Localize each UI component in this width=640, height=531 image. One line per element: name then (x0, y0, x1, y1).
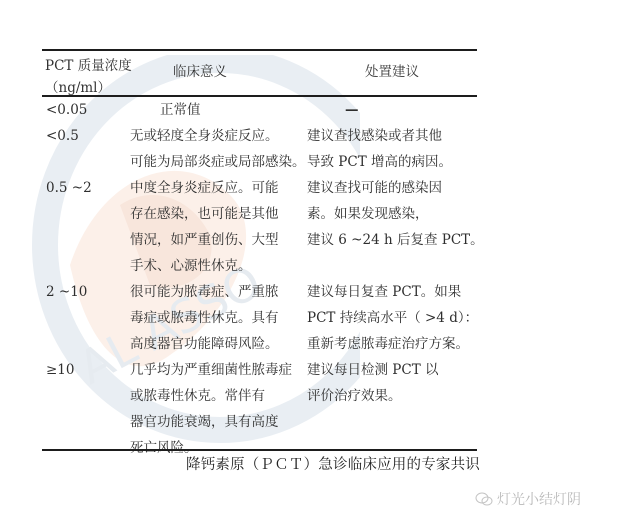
table-top-rule (42, 49, 477, 51)
advice-line: 素。如果发现感染， (307, 201, 477, 227)
advice-cell: 建议查找可能的感染因 素。如果发现感染， 建议 6 ~24 h 后复查 PCT。 (307, 175, 477, 279)
header-advice: 处置建议 (307, 59, 477, 85)
advice-line: 建议每日复查 PCT。如果 (307, 279, 477, 305)
range-cell: <0.5 (42, 123, 130, 175)
table-body: <0.05 正常值 — <0.5 无或轻度全身炎症反应。 可能为局部炎症或局部感… (42, 97, 477, 461)
range-cell: ≥10 (42, 357, 130, 461)
advice-line: — (307, 97, 477, 123)
meaning-line: 很可能为脓毒症、严重脓 (130, 279, 307, 305)
advice-line: 建议查找可能的感染因 (307, 175, 477, 201)
meaning-cell: 中度全身炎症反应。可能 存在感染，也可能是其他 情况，如严重创伤、大型 手术、心… (130, 175, 307, 279)
advice-cell: — (307, 97, 477, 123)
account-watermark: 灯光小结灯阴 (475, 489, 581, 509)
meaning-cell: 正常值 (130, 97, 307, 123)
meaning-line: 中度全身炎症反应。可能 (130, 175, 307, 201)
table-row: 0.5 ~2 中度全身炎症反应。可能 存在感染，也可能是其他 情况，如严重创伤、… (42, 175, 477, 279)
advice-line: PCT 持续高水平（ >4 d）： (307, 305, 477, 331)
meaning-cell: 无或轻度全身炎症反应。 可能为局部炎症或局部感染。 (130, 123, 307, 175)
table-row: 2 ~10 很可能为脓毒症、严重脓 毒症或脓毒性休克。具有 高度器官功能障碍风险… (42, 279, 477, 357)
advice-line: 评价治疗效果。 (307, 383, 477, 409)
meaning-line: 情况，如严重创伤、大型 (130, 227, 307, 253)
watermark-text: 灯光小结灯阴 (497, 489, 581, 509)
meaning-line: 存在感染，也可能是其他 (130, 201, 307, 227)
range-cell: 2 ~10 (42, 279, 130, 357)
meaning-line: 手术、心源性休克。 (130, 253, 307, 279)
table-row: <0.05 正常值 — (42, 97, 477, 123)
advice-cell: 建议每日检测 PCT 以 评价治疗效果。 (307, 357, 477, 461)
header-clinical-meaning: 临床意义 (130, 59, 270, 85)
meaning-line: 正常值 (130, 97, 307, 123)
advice-cell: 建议每日复查 PCT。如果 PCT 持续高水平（ >4 d）： 重新考虑脓毒症治… (307, 279, 477, 357)
advice-line: 重新考虑脓毒症治疗方案。 (307, 331, 477, 357)
advice-line: 建议每日检测 PCT 以 (307, 357, 477, 383)
advice-line: 建议 6 ~24 h 后复查 PCT。 (307, 227, 477, 253)
table-row: <0.5 无或轻度全身炎症反应。 可能为局部炎症或局部感染。 建议查找感染或者其… (42, 123, 477, 175)
meaning-line: 器官功能衰竭，具有高度 (130, 409, 307, 435)
document-page: AL ASSO PCT 质量浓度 （ng/ml） 临床意义 处置建议 <0.05… (0, 0, 640, 531)
range-cell: <0.05 (42, 97, 130, 123)
meaning-line: 几乎均为严重细菌性脓毒症 (130, 357, 307, 383)
meaning-cell: 很可能为脓毒症、严重脓 毒症或脓毒性休克。具有 高度器官功能障碍风险。 (130, 279, 307, 357)
advice-cell: 建议查找感染或者其他 导致 PCT 增高的病因。 (307, 123, 477, 175)
meaning-line: 无或轻度全身炎症反应。 (130, 123, 307, 149)
table-row: ≥10 几乎均为严重细菌性脓毒症 或脓毒性休克。常伴有 器官功能衰竭，具有高度 … (42, 357, 477, 461)
header-concentration: PCT 质量浓度 （ng/ml） (45, 53, 135, 101)
advice-line: 建议查找感染或者其他 (307, 123, 477, 149)
table-caption: 降钙素原（ＰＣＴ）急诊临床应用的专家共识 (160, 453, 480, 474)
meaning-line: 毒症或脓毒性休克。具有 (130, 305, 307, 331)
meaning-cell: 几乎均为严重细菌性脓毒症 或脓毒性休克。常伴有 器官功能衰竭，具有高度 死亡风险… (130, 357, 307, 461)
wechat-account-icon (475, 492, 493, 506)
table-bottom-rule (42, 449, 477, 451)
meaning-line: 可能为局部炎症或局部感染。 (130, 149, 307, 175)
meaning-line: 或脓毒性休克。常伴有 (130, 383, 307, 409)
range-cell: 0.5 ~2 (42, 175, 130, 279)
advice-line: 导致 PCT 增高的病因。 (307, 149, 477, 175)
meaning-line: 高度器官功能障碍风险。 (130, 331, 307, 357)
